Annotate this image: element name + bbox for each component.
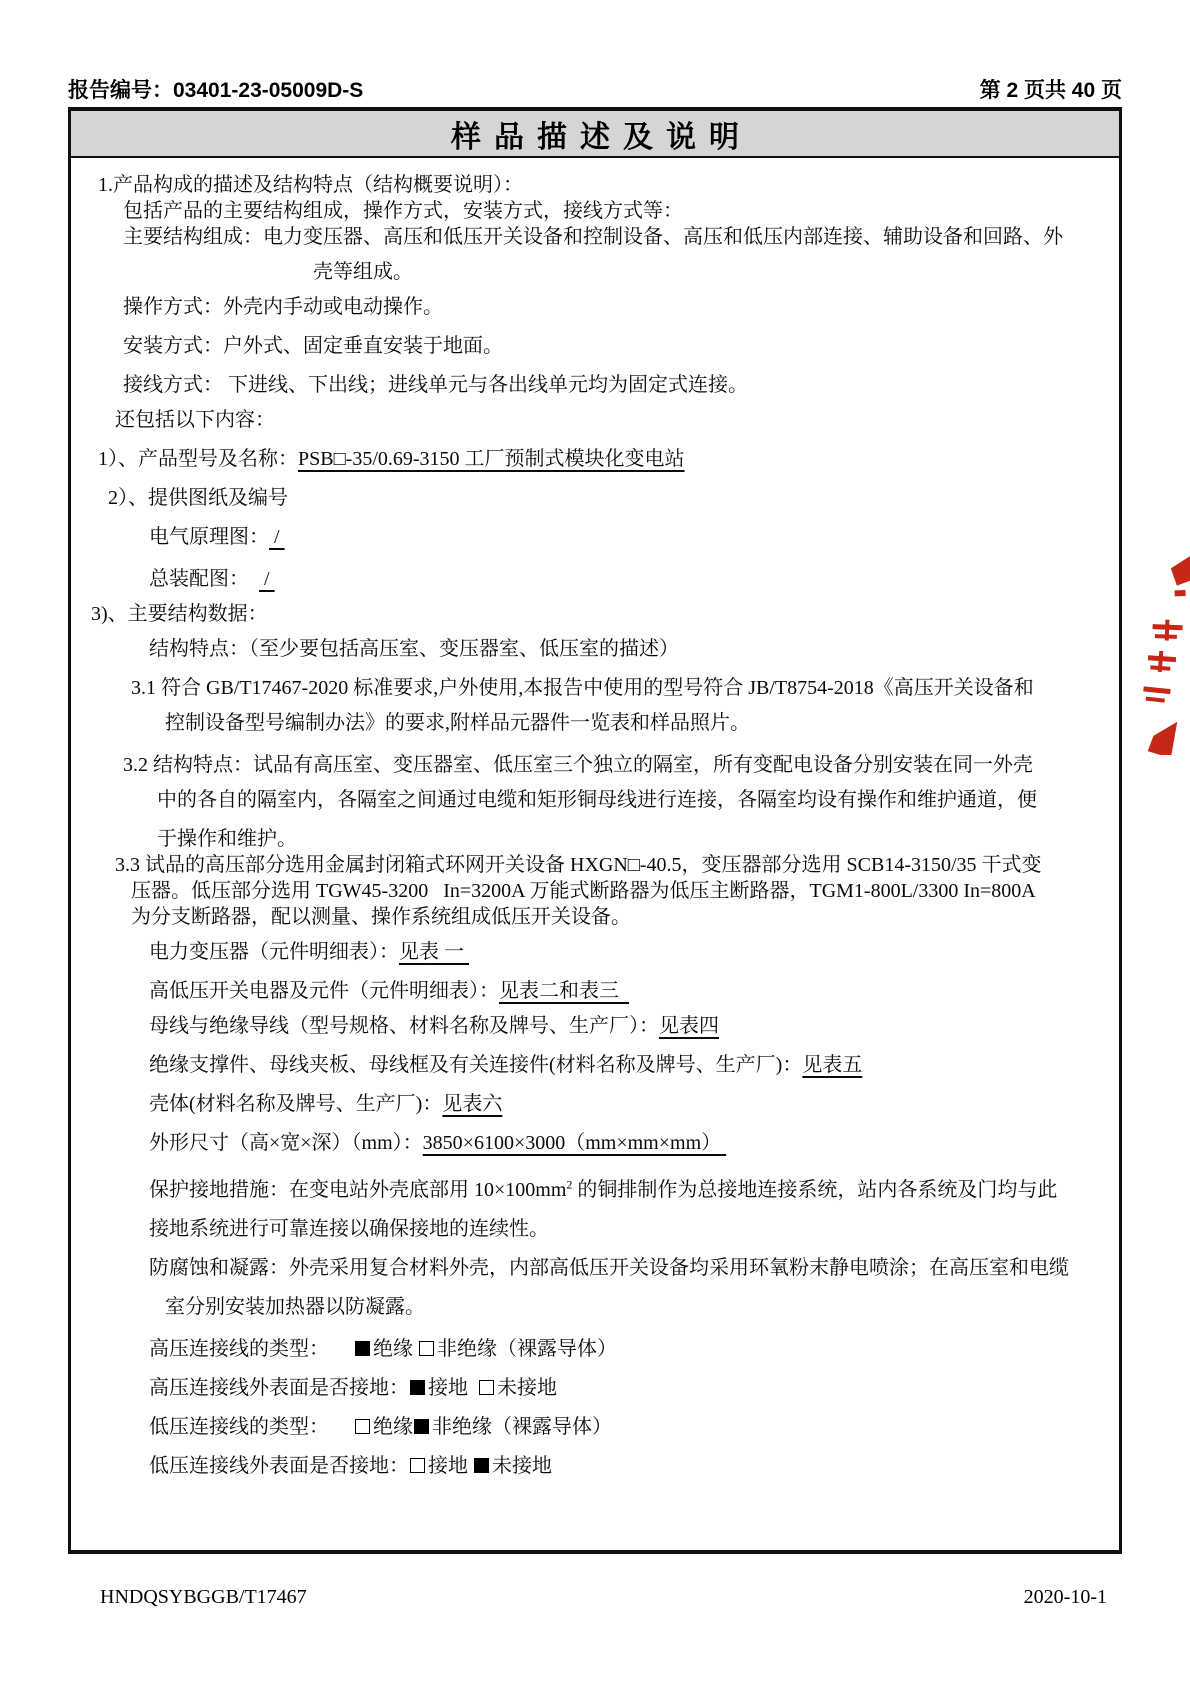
content-box: 样品描述及说明 1.产品构成的描述及结构特点（结构概要说明）：包括产品的主要结构…	[68, 107, 1122, 1554]
text-line: 中的各自的隔室内，各隔室之间通过电缆和矩形铜母线进行连接，各隔室均设有操作和维护…	[157, 787, 1119, 813]
page-footer: HNDQSYBGGB/T17467 2020-10-1	[68, 1586, 1122, 1609]
text-line: 壳体(材料名称及牌号、生产厂)：见表六	[149, 1091, 1119, 1117]
text-line: 电气原理图： /	[149, 524, 1119, 550]
filled-in-value: PSB□-35/0.69-3150 工厂预制式模块化变电站	[298, 448, 685, 470]
text-segment: 压器。低压部分选用 TGW45-3200 In=3200A 万能式断路器为低压主…	[131, 880, 1036, 902]
text-line: 高低压开关电器及元件（元件明细表）：见表二和表三	[149, 978, 1119, 1004]
text-line: 压器。低压部分选用 TGW45-3200 In=3200A 万能式断路器为低压主…	[131, 878, 1119, 904]
text-line: 3.2 结构特点：试品有高压室、变压器室、低压室三个独立的隔室，所有变配电设备分…	[123, 752, 1119, 778]
footer-doc-code: HNDQSYBGGB/T17467	[100, 1586, 307, 1609]
checkbox-unchecked-icon	[410, 1458, 425, 1473]
text-segment: 壳等组成。	[313, 261, 413, 283]
text-segment: 主要结构组成：电力变压器、高压和低压开关设备和控制设备、高压和低压内部连接、辅助…	[123, 226, 1063, 248]
page-number: 第 2 页共 40 页	[980, 74, 1122, 104]
filled-in-value: 见表 一	[399, 941, 469, 963]
report-number: 报告编号：03401-23-05009D-S	[68, 74, 363, 104]
checkbox-unchecked-icon	[479, 1380, 494, 1395]
text-line: 低压连接线外表面是否接地：接地 未接地	[149, 1453, 1119, 1479]
text-line: 保护接地措施：在变电站外壳底部用 10×100mm2 的铜排制作为总接地连接系统…	[149, 1177, 1119, 1203]
text-line: 为分支断路器，配以测量、操作系统组成低压开关设备。	[131, 904, 1119, 930]
text-segment: 3)、主要结构数据：	[91, 603, 268, 625]
filled-in-value: 3850×6100×3000（mm×mm×mm）	[423, 1132, 726, 1154]
text-line: 绝缘支撑件、母线夹板、母线框及有关连接件(材料名称及牌号、生产厂)：见表五	[149, 1052, 1119, 1078]
text-segment: 的铜排制作为总接地连接系统，站内各系统及门均与此	[572, 1179, 1057, 1201]
text-line: 外形尺寸（高×宽×深）（mm）：3850×6100×3000（mm×mm×mm）	[149, 1130, 1119, 1156]
text-segment: 结构特点：（至少要包括高压室、变压器室、低压室的描述）	[149, 638, 679, 660]
filled-in-value: 见表六	[442, 1093, 502, 1115]
text-segment: 操作方式：外壳内手动或电动操作。	[123, 296, 443, 318]
text-segment: 安装方式：户外式、固定垂直安装于地面。	[123, 335, 503, 357]
page-header: 报告编号：03401-23-05009D-S 第 2 页共 40 页	[68, 74, 1122, 104]
checkbox-checked-icon	[414, 1419, 429, 1434]
text-segment: 控制设备型号编制办法》的要求,附样品元器件一览表和样品照片。	[165, 712, 750, 734]
checkbox-checked-icon	[474, 1458, 489, 1473]
red-seal-partial-icon	[1135, 540, 1190, 755]
text-segment: 非绝缘（裸露导体）	[437, 1338, 617, 1360]
text-segment: 3.3 试品的高压部分选用金属封闭箱式环网开关设备 HXGN□-40.5，变压器…	[115, 854, 1042, 876]
text-line: 低压连接线的类型： 绝缘非绝缘（裸露导体）	[149, 1414, 1119, 1440]
text-line: 室分别安装加热器以防凝露。	[165, 1294, 1119, 1320]
text-line: 操作方式：外壳内手动或电动操作。	[123, 294, 1119, 320]
text-segment: 低压连接线的类型：	[149, 1416, 354, 1438]
text-line: 2）、提供图纸及编号	[108, 485, 1119, 511]
report-page: 报告编号：03401-23-05009D-S 第 2 页共 40 页 样品描述及…	[0, 0, 1190, 1684]
text-segment: 未接地	[492, 1455, 552, 1477]
text-segment: 高压连接线的类型：	[149, 1338, 354, 1360]
text-line: 高压连接线的类型： 绝缘 非绝缘（裸露导体）	[149, 1336, 1119, 1362]
text-segment: 绝缘支撑件、母线夹板、母线框及有关连接件(材料名称及牌号、生产厂)：	[149, 1054, 802, 1076]
checkbox-unchecked-icon	[355, 1419, 370, 1434]
text-line: 1）、产品型号及名称：PSB□-35/0.69-3150 工厂预制式模块化变电站	[98, 446, 1119, 472]
text-segment: 接线方式： 下进线、下出线；进线单元与各出线单元均为固定式连接。	[123, 374, 748, 396]
section-title: 样品描述及说明	[71, 111, 1119, 158]
filled-in-value: 见表五	[802, 1054, 862, 1076]
filled-in-value: /	[259, 568, 275, 590]
text-segment: 为分支断路器，配以测量、操作系统组成低压开关设备。	[131, 906, 631, 928]
text-line: 还包括以下内容：	[115, 407, 1119, 433]
text-segment: 防腐蚀和凝露：外壳采用复合材料外壳，内部高低压开关设备均采用环氧粉末静电喷涂；在…	[149, 1257, 1069, 1279]
text-line: 安装方式：户外式、固定垂直安装于地面。	[123, 333, 1119, 359]
text-line: 于操作和维护。	[157, 826, 1119, 852]
checkbox-unchecked-icon	[419, 1341, 434, 1356]
text-segment: 1.产品构成的描述及结构特点（结构概要说明）：	[98, 174, 523, 196]
text-segment: 保护接地措施：在变电站外壳底部用 10×100mm	[149, 1179, 566, 1201]
text-segment	[249, 568, 259, 590]
text-line: 3)、主要结构数据：	[91, 601, 1119, 627]
text-segment: 外形尺寸（高×宽×深）（mm）：	[149, 1132, 423, 1154]
text-segment: 中的各自的隔室内，各隔室之间通过电缆和矩形铜母线进行连接，各隔室均设有操作和维护…	[157, 789, 1037, 811]
text-segment: 绝缘	[373, 1416, 413, 1438]
text-segment: 低压连接线外表面是否接地：	[149, 1455, 409, 1477]
text-segment: 绝缘	[373, 1338, 418, 1360]
text-segment: 接地	[428, 1377, 478, 1399]
text-segment: 电气原理图：	[149, 526, 269, 548]
text-segment: 母线与绝缘导线（型号规格、材料名称及牌号、生产厂）：	[149, 1015, 659, 1037]
filled-in-value: /	[269, 526, 285, 548]
text-segment: 高压连接线外表面是否接地：	[149, 1377, 409, 1399]
text-segment: 接地系统进行可靠连接以确保接地的连续性。	[149, 1218, 549, 1240]
checkbox-checked-icon	[355, 1341, 370, 1356]
text-segment: 3.2 结构特点：试品有高压室、变压器室、低压室三个独立的隔室，所有变配电设备分…	[123, 754, 1033, 776]
text-segment: 包括产品的主要结构组成，操作方式，安装方式，接线方式等：	[123, 200, 683, 222]
text-line: 总装配图： /	[149, 566, 1119, 592]
text-line: 母线与绝缘导线（型号规格、材料名称及牌号、生产厂）：见表四	[149, 1013, 1119, 1039]
text-segment: 壳体(材料名称及牌号、生产厂)：	[149, 1093, 442, 1115]
text-line: 1.产品构成的描述及结构特点（结构概要说明）：	[98, 172, 1119, 198]
text-line: 接线方式： 下进线、下出线；进线单元与各出线单元均为固定式连接。	[123, 372, 1119, 398]
text-segment: 2）、提供图纸及编号	[108, 487, 288, 509]
footer-date: 2020-10-1	[1024, 1586, 1107, 1609]
text-segment: 室分别安装加热器以防凝露。	[165, 1296, 425, 1318]
text-line: 电力变压器（元件明细表）：见表 一	[149, 939, 1119, 965]
text-line: 包括产品的主要结构组成，操作方式，安装方式，接线方式等：	[123, 198, 1119, 224]
text-segment: 1）、产品型号及名称：	[98, 448, 298, 470]
checkbox-checked-icon	[410, 1380, 425, 1395]
text-segment: 未接地	[497, 1377, 557, 1399]
text-line: 3.3 试品的高压部分选用金属封闭箱式环网开关设备 HXGN□-40.5，变压器…	[115, 852, 1119, 878]
text-segment: 接地	[428, 1455, 473, 1477]
text-segment: 高低压开关电器及元件（元件明细表）：	[149, 980, 499, 1002]
text-line: 壳等组成。	[313, 259, 1119, 285]
text-line: 接地系统进行可靠连接以确保接地的连续性。	[149, 1216, 1119, 1242]
text-segment: 3.1 符合 GB/T17467-2020 标准要求,户外使用,本报告中使用的型…	[131, 677, 1034, 699]
text-segment: 还包括以下内容：	[115, 409, 275, 431]
text-segment: 电力变压器（元件明细表）：	[149, 941, 399, 963]
text-segment: 于操作和维护。	[157, 828, 297, 850]
text-line: 控制设备型号编制办法》的要求,附样品元器件一览表和样品照片。	[165, 710, 1119, 736]
text-segment: 非绝缘（裸露导体）	[432, 1416, 612, 1438]
content-lines: 1.产品构成的描述及结构特点（结构概要说明）：包括产品的主要结构组成，操作方式，…	[71, 158, 1119, 1479]
filled-in-value: 见表四	[659, 1015, 719, 1037]
text-line: 结构特点：（至少要包括高压室、变压器室、低压室的描述）	[149, 636, 1119, 662]
text-line: 高压连接线外表面是否接地：接地 未接地	[149, 1375, 1119, 1401]
text-line: 防腐蚀和凝露：外壳采用复合材料外壳，内部高低压开关设备均采用环氧粉末静电喷涂；在…	[149, 1255, 1119, 1281]
filled-in-value: 见表二和表三	[499, 980, 629, 1002]
text-segment: 总装配图：	[149, 568, 249, 590]
text-line: 主要结构组成：电力变压器、高压和低压开关设备和控制设备、高压和低压内部连接、辅助…	[123, 224, 1119, 250]
text-line: 3.1 符合 GB/T17467-2020 标准要求,户外使用,本报告中使用的型…	[131, 675, 1119, 701]
